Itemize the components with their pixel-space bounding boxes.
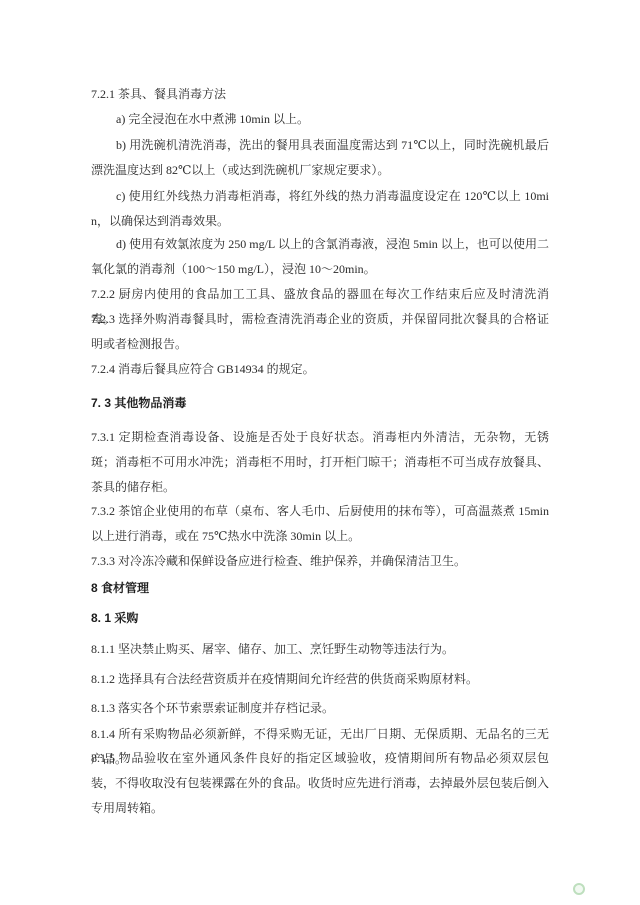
clause-8-1-5: 8.1.5 物品验收在室外通风条件良好的指定区域验收，疫情期间所有物品必须双层包… xyxy=(91,746,549,821)
clause-8-1-3: 8.1.3 落实各个环节索票索证制度并存档记录。 xyxy=(91,696,549,721)
clause-7-2-3: 7.2.3 选择外购消毒餐具时，需检查清洗消毒企业的资质，并保留同批次餐具的合格… xyxy=(91,307,549,357)
list-item-a: a) 完全浸泡在水中煮沸 10min 以上。 xyxy=(91,107,549,132)
watermark-ring-icon xyxy=(573,883,585,895)
section-heading-8-1: 8. 1 采购 xyxy=(91,606,549,631)
list-item-d: d) 使用有效氯浓度为 250 mg/L 以上的含氯消毒液，浸泡 5min 以上… xyxy=(91,232,549,282)
clause-8-1-2: 8.1.2 选择具有合法经营资质并在疫情期间允许经营的供货商采购原材料。 xyxy=(91,667,549,692)
clause-7-3-3: 7.3.3 对冷冻冷藏和保鲜设备应进行检查、维护保养，并确保清洁卫生。 xyxy=(91,549,549,574)
clause-title-7-2-1: 7.2.1 茶具、餐具消毒方法 xyxy=(91,82,549,107)
document-page: 7.2.1 茶具、餐具消毒方法 a) 完全浸泡在水中煮沸 10min 以上。 b… xyxy=(0,0,640,905)
chapter-heading-8: 8 食材管理 xyxy=(91,576,549,601)
clause-7-3-1: 7.3.1 定期检查消毒设备、设施是否处于良好状态。消毒柜内外清洁，无杂物，无锈… xyxy=(91,425,549,500)
clause-8-1-1: 8.1.1 坚决禁止购买、屠宰、储存、加工、烹饪野生动物等违法行为。 xyxy=(91,637,549,662)
section-heading-7-3: 7. 3 其他物品消毒 xyxy=(91,391,549,416)
clause-7-2-4: 7.2.4 消毒后餐具应符合 GB14934 的规定。 xyxy=(91,357,549,382)
list-item-b: b) 用洗碗机清洗消毒，洗出的餐用具表面温度需达到 71℃以上，同时洗碗机最后漂… xyxy=(91,133,549,183)
clause-7-3-2: 7.3.2 茶馆企业使用的布草（桌布、客人毛巾、后厨使用的抹布等），可高温蒸煮 … xyxy=(91,499,549,549)
list-item-c: c) 使用红外线热力消毒柜消毒，将红外线的热力消毒温度设定在 120℃以上 10… xyxy=(91,184,549,234)
